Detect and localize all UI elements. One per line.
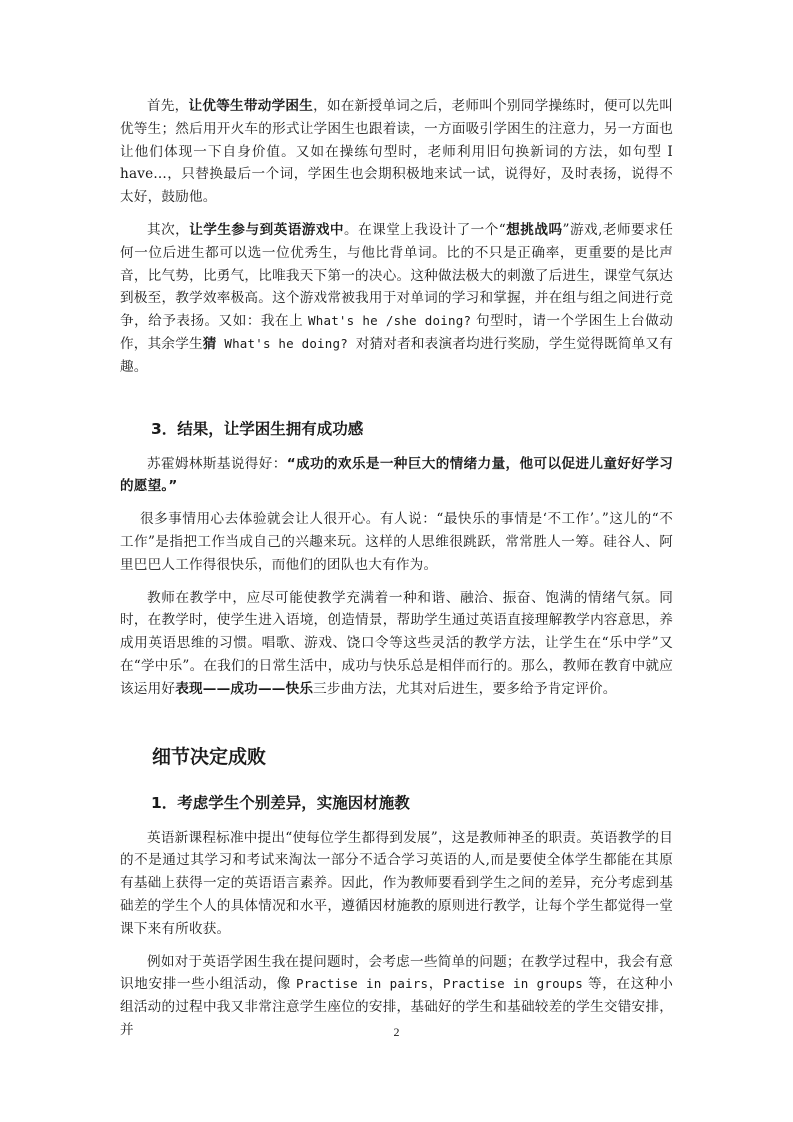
page-number: 2: [0, 1025, 793, 1040]
bold-phrase: 想挑战吗: [506, 222, 563, 238]
paragraph-teaching-atmosphere: 教师在教学中，应尽可能使教学充满着一种和谐、融洽、振奋、饱满的情绪气氛。同时，在…: [120, 587, 673, 701]
paragraph-curriculum-standard: 英语新课程标准中提出“使每位学生都得到发展”，这是教师神圣的职责。英语教学的目的…: [120, 827, 673, 941]
section-title: 细节决定成败: [120, 743, 673, 771]
english-phrase: Practise in groups: [443, 976, 583, 991]
english-phrase: Practise in pairs: [296, 976, 428, 991]
paragraph-english-games: 其次，让学生参与到英语游戏中。在课堂上我设计了一个“想挑战吗”游戏,老师要求任何…: [120, 219, 673, 379]
heading-individual-differences: 1．考虑学生个别差异，实施因材施教: [120, 791, 673, 815]
paragraph-quote: 苏霍姆林斯基说得好：“成功的欢乐是一种巨大的情绪力量，他可以促进儿童好好学习的愿…: [120, 453, 673, 499]
text: 首先，: [147, 98, 189, 114]
english-phrase: What's he doing?: [217, 336, 356, 351]
paragraph-enjoy-work: 很多事情用心去体验就会让人很开心。有人说：“最快乐的事情是‘不工作’。”这儿的“…: [120, 508, 673, 576]
text: 。在课堂上我设计了一个“: [344, 222, 506, 238]
paragraph-top-students-lead: 首先，让优等生带动学困生，如在新授单词之后，老师叫个别同学操练时，便可以先叫优等…: [120, 95, 673, 209]
text: 其次，: [147, 222, 189, 238]
bold-phrase: 猜: [203, 336, 217, 352]
document-page: 首先，让优等生带动学困生，如在新授单词之后，老师叫个别同学操练时，便可以先叫优等…: [120, 95, 673, 1042]
text: 苏霍姆林斯基说得好：: [147, 456, 287, 472]
bold-phrase: 表现——成功——快乐: [175, 681, 313, 697]
text: ，: [428, 976, 443, 992]
heading-result-success: 3．结果，让学困生拥有成功感: [120, 417, 673, 441]
text: ，如在新授单词之后，老师叫个别同学操练时，便可以先叫优等生；然后用开火车的形式让…: [120, 98, 673, 205]
bold-phrase: 让优等生带动学困生: [189, 98, 314, 114]
bold-phrase: 让学生参与到英语游戏中: [189, 222, 344, 238]
text: 三步曲方法，尤其对后进生，要多给予肯定评价。: [313, 681, 616, 697]
english-phrase: What's he /she doing?: [308, 313, 471, 328]
